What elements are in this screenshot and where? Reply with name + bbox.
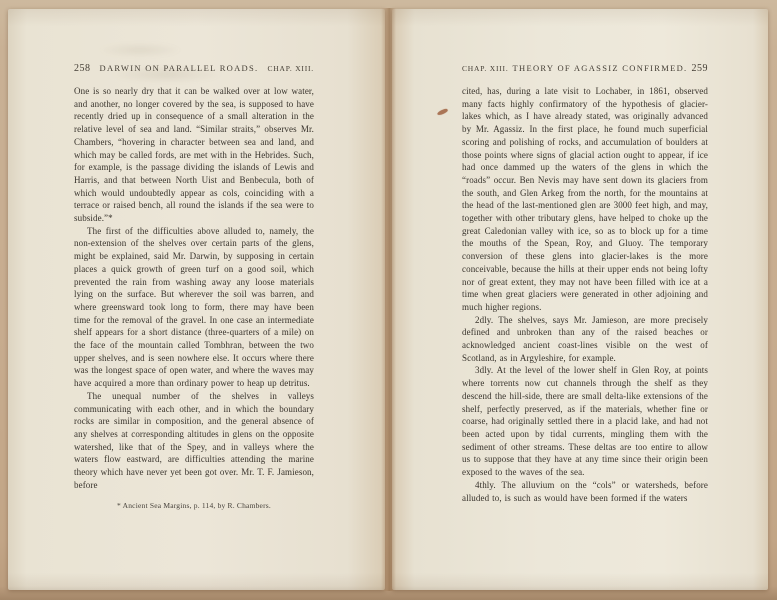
running-title: THEORY OF AGASSIZ CONFIRMED. (513, 63, 688, 73)
page-259: CHAP. XIII. THEORY OF AGASSIZ CONFIRMED.… (392, 9, 768, 590)
paragraph: cited, has, during a late visit to Locha… (462, 85, 708, 314)
page-258-text-column: 258 DARWIN ON PARALLEL ROADS. CHAP. XIII… (74, 9, 314, 510)
running-title: DARWIN ON PARALLEL ROADS. (100, 63, 259, 73)
chapter-label: CHAP. XIII. (267, 64, 314, 73)
book-scan: 258 DARWIN ON PARALLEL ROADS. CHAP. XIII… (0, 0, 777, 600)
chapter-label: CHAP. XIII. (462, 64, 509, 73)
page-259-running-head: CHAP. XIII. THEORY OF AGASSIZ CONFIRMED.… (462, 63, 708, 76)
paragraph: The first of the difficulties above allu… (74, 225, 314, 390)
paragraph: The unequal number of the shelves in val… (74, 390, 314, 492)
paragraph: 3dly. At the level of the lower shelf in… (462, 364, 708, 478)
page-gutter (381, 8, 396, 591)
paragraph: 2dly. The shelves, says Mr. Jamieson, ar… (462, 314, 708, 365)
page-259-text-column: CHAP. XIII. THEORY OF AGASSIZ CONFIRMED.… (462, 9, 708, 504)
paragraph: 4thly. The alluvium on the “cols” or wat… (462, 479, 708, 504)
page-258: 258 DARWIN ON PARALLEL ROADS. CHAP. XIII… (8, 9, 385, 590)
paragraph: One is so nearly dry that it can be walk… (74, 85, 314, 225)
page-258-body: One is so nearly dry that it can be walk… (74, 85, 314, 492)
page-number: 259 (691, 63, 708, 74)
page-258-running-head: 258 DARWIN ON PARALLEL ROADS. CHAP. XIII… (74, 63, 314, 76)
footnote: * Ancient Sea Margins, p. 114, by R. Cha… (74, 501, 314, 510)
page-259-body: cited, has, during a late visit to Locha… (462, 85, 708, 504)
margin-mark (437, 108, 449, 116)
page-number: 258 (74, 63, 91, 74)
